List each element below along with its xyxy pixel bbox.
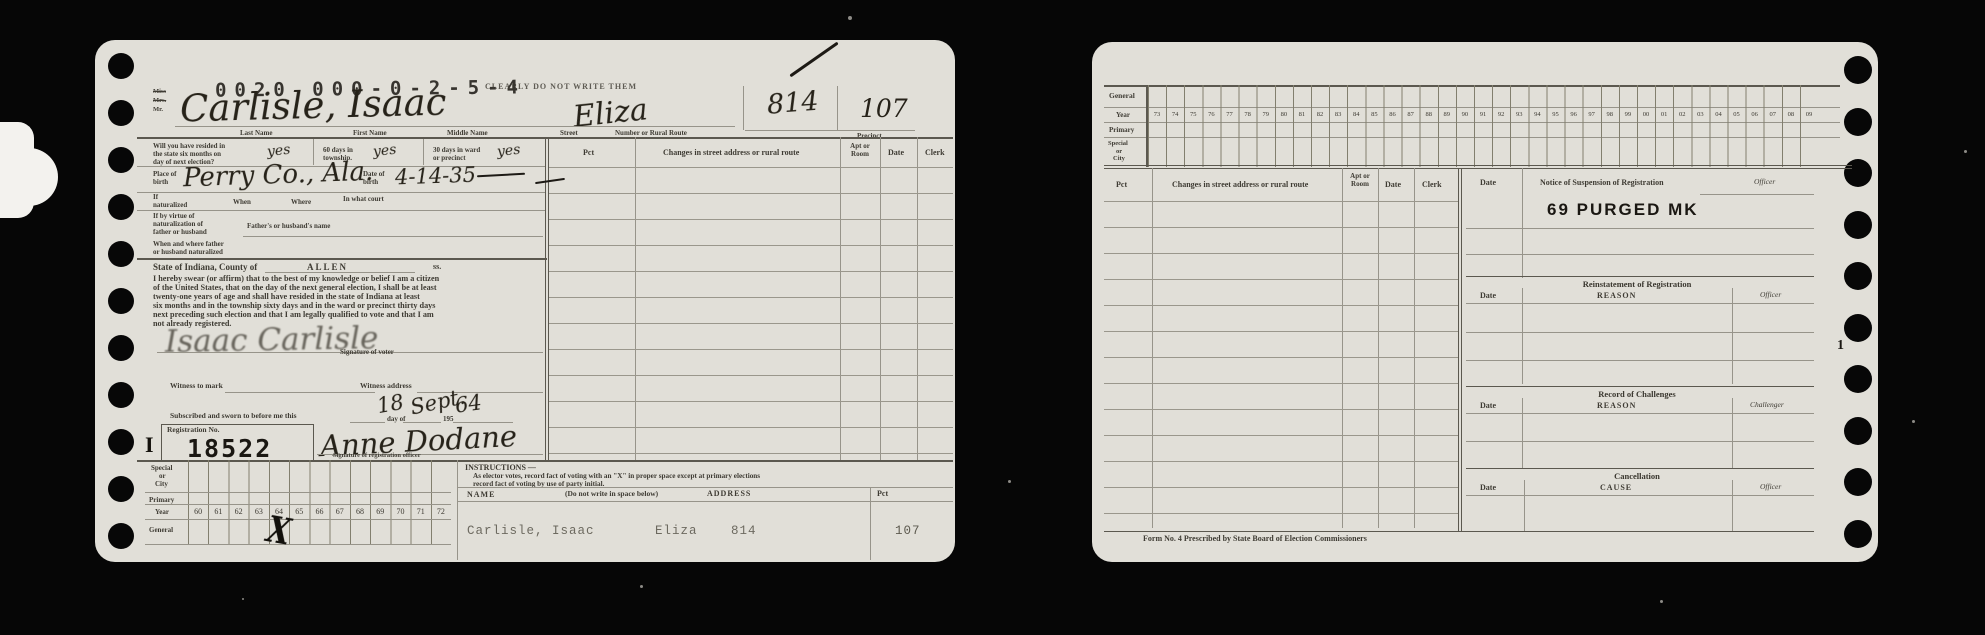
sprocket-hole	[108, 288, 134, 314]
year-cell: 63	[249, 505, 269, 519]
q-ward-line2: or precinct	[433, 154, 466, 162]
q-state-line1: Will you have resided in	[153, 142, 225, 150]
sprocket-hole	[108, 100, 134, 126]
back-special-label3: City	[1113, 155, 1125, 163]
dust-speck	[848, 16, 852, 20]
record-typed-number: 814	[731, 524, 757, 538]
sprocket-hole	[1844, 262, 1872, 290]
year-cell: 86	[1383, 107, 1401, 122]
suspension-header: Notice of Suspension of Registration	[1540, 178, 1664, 187]
year-cell: 68	[350, 505, 370, 519]
dust-speck	[640, 585, 643, 588]
record-name-header: NAME	[467, 490, 495, 499]
year-cell: 06	[1746, 107, 1764, 122]
back-date2-header: Date	[1480, 178, 1496, 187]
year-cell: 88	[1420, 107, 1438, 122]
sprocket-holes-right	[1844, 56, 1872, 548]
q-ward-answer-script: yes	[496, 142, 521, 160]
label-last-name: Last Name	[240, 129, 272, 137]
year-cell: 84	[1347, 107, 1365, 122]
cancellation-cause-header: CAUSE	[1600, 483, 1632, 492]
when-where-naturalized-label2: or husband naturalized	[153, 248, 223, 256]
label-first-name: First Name	[353, 129, 387, 137]
year-cell: 67	[330, 505, 350, 519]
dust-speck	[242, 598, 244, 600]
dust-speck	[1660, 600, 1663, 603]
sprocket-hole	[108, 194, 134, 220]
place-of-birth-script: Perry Co., Ala.	[183, 157, 374, 194]
sprocket-hole	[108, 476, 134, 502]
title-prefix-miss: Miss	[153, 88, 166, 96]
vote-grid-years: 60616263646566676869707172	[188, 505, 451, 519]
year-cell: 60	[188, 505, 208, 519]
date-of-birth-label1: Date of	[363, 170, 385, 178]
pen-slash-mark	[789, 42, 838, 78]
year-cell: 89	[1438, 107, 1456, 122]
label-number-or-rural-route: Number or Rural Route	[615, 129, 687, 137]
ss-label: ss.	[433, 262, 441, 271]
q-state-answer-script: yes	[266, 142, 291, 160]
father-husband-name-label: Father's or husband's name	[247, 222, 330, 230]
sprocket-hole	[1844, 159, 1872, 187]
back-grid-years: 7374757677787980818283848586878889909192…	[1148, 107, 1818, 122]
house-number-script: 814	[766, 86, 820, 121]
cancellation-date-header: Date	[1480, 483, 1496, 492]
year-cell: 92	[1492, 107, 1510, 122]
year-cell: 97	[1583, 107, 1601, 122]
year-cell: 87	[1402, 107, 1420, 122]
year-cell: 08	[1782, 107, 1800, 122]
year-cell: 03	[1691, 107, 1709, 122]
year-cell: 04	[1709, 107, 1727, 122]
sprocket-holes-left	[108, 53, 134, 549]
year-cell: 78	[1239, 107, 1257, 122]
year-cell: 09	[1800, 107, 1818, 122]
film-index-mark: I	[145, 432, 154, 458]
record-typed-name: Carlisle, Isaac	[467, 524, 595, 538]
title-prefix-mrs: Mrs.	[153, 97, 166, 105]
sprocket-hole	[108, 147, 134, 173]
by-virtue-label3: father or husband	[153, 228, 207, 236]
record-typed-street: Eliza	[655, 524, 698, 538]
year-cell: 75	[1184, 107, 1202, 122]
pen-dash-mark	[477, 173, 525, 178]
place-of-birth-label1: Place of	[153, 170, 177, 178]
grid-primary-label: Primary	[149, 496, 174, 504]
year-cell: 90	[1456, 107, 1474, 122]
year-cell: 82	[1311, 107, 1329, 122]
reinstatement-reason-header: REASON	[1597, 291, 1636, 300]
dust-speck	[1964, 150, 1967, 153]
back-general-label: General	[1109, 92, 1135, 101]
cancellation-officer-header: Officer	[1760, 483, 1781, 492]
year-cell: 69	[370, 505, 390, 519]
year-cell: 62	[228, 505, 248, 519]
sprocket-hole	[108, 241, 134, 267]
year-cell: 05	[1728, 107, 1746, 122]
reinstatement-date-header: Date	[1480, 291, 1496, 300]
year-cell: 76	[1202, 107, 1220, 122]
cancellation-title: Cancellation	[1522, 471, 1752, 481]
sprocket-hole	[108, 53, 134, 79]
year-cell: 93	[1510, 107, 1528, 122]
back-special-label1: Special	[1108, 140, 1128, 148]
date-of-birth-label2: birth	[363, 178, 378, 186]
witness-address-label: Witness address	[360, 382, 412, 391]
year-cell: 07	[1764, 107, 1782, 122]
sprocket-hole	[108, 382, 134, 408]
record-pct-header: Pct	[877, 489, 888, 498]
vote-grid-columns	[188, 460, 451, 545]
label-street: Street	[560, 129, 578, 137]
grid-special-label3: City	[155, 480, 168, 488]
film-index-mark-right: 1	[1837, 338, 1844, 354]
film-edge-artifact-bump	[0, 148, 58, 206]
voter-name-script: Carlisle, Isaac	[179, 81, 446, 131]
sprocket-hole	[108, 523, 134, 549]
q-township-answer-script: yes	[372, 142, 397, 160]
grid-special-label2: or	[159, 472, 166, 480]
year-cell: 79	[1257, 107, 1275, 122]
sprocket-hole	[1844, 417, 1872, 445]
changes-ruled-rows	[549, 142, 953, 460]
sprocket-hole	[1844, 108, 1872, 136]
q-state-line2: the state six months on	[153, 150, 221, 158]
year-cell: 83	[1329, 107, 1347, 122]
sprocket-hole	[108, 429, 134, 455]
sprocket-hole	[1844, 56, 1872, 84]
year-cell: 02	[1673, 107, 1691, 122]
year-cell: 94	[1528, 107, 1546, 122]
year-cell: 00	[1637, 107, 1655, 122]
grid-year-label: Year	[155, 508, 169, 516]
if-naturalized-label1: If	[153, 193, 158, 201]
sprocket-hole	[1844, 211, 1872, 239]
label-middle-name: Middle Name	[447, 129, 488, 137]
record-do-not-write-header: (Do not write in space below)	[565, 490, 658, 499]
registration-no-stamp: 18522	[187, 434, 272, 463]
q-township-line1: 60 days in	[323, 146, 353, 154]
grid-special-label1: Special	[151, 464, 172, 472]
year-cell: 71	[411, 505, 431, 519]
title-prefix-mr: Mr.	[153, 106, 163, 114]
if-naturalized-label2: naturalized	[153, 201, 187, 209]
date-of-birth-script: 4-14-35	[395, 163, 477, 190]
dust-speck	[1008, 480, 1011, 483]
place-of-birth-label2: birth	[153, 178, 168, 186]
year-cell: 96	[1565, 107, 1583, 122]
record-typed-pct: 107	[895, 524, 921, 538]
state-county-line: State of Indiana, County of	[153, 262, 257, 273]
challenges-date-header: Date	[1480, 401, 1496, 410]
record-address-header: ADDRESS	[707, 489, 751, 498]
year-cell: 80	[1275, 107, 1293, 122]
by-virtue-label1: If by virtue of	[153, 212, 194, 220]
sprocket-hole	[1844, 520, 1872, 548]
when-where-naturalized-label1: When and where father	[153, 240, 224, 248]
year-cell: 01	[1655, 107, 1673, 122]
back-ruled-rows	[1104, 176, 1458, 528]
back-primary-label: Primary	[1109, 126, 1134, 134]
year-cell: 61	[208, 505, 228, 519]
sprocket-hole	[1844, 314, 1872, 342]
form-number-footer: Form No. 4 Prescribed by State Board of …	[1143, 534, 1367, 543]
year-cell: 98	[1601, 107, 1619, 122]
by-virtue-label2: naturalization of	[153, 220, 203, 228]
sprocket-hole	[1844, 468, 1872, 496]
year-cell: 74	[1166, 107, 1184, 122]
reinstatement-officer-header: Officer	[1760, 291, 1781, 300]
subscribed-text: Subscribed and sworn to before me this	[170, 412, 297, 421]
challenges-challenger-header: Challenger	[1750, 401, 1784, 410]
purged-stamp: 69 PURGED MK	[1547, 200, 1699, 220]
sprocket-hole	[1844, 365, 1872, 393]
sprocket-hole	[108, 335, 134, 361]
year-script: 64	[453, 390, 483, 417]
do-not-write-notice: CLEARLY DO NOT WRITE THEM	[485, 82, 637, 91]
year-cell: 73	[1148, 107, 1166, 122]
challenges-title: Record of Challenges	[1522, 389, 1752, 399]
dust-speck	[1912, 420, 1915, 423]
year-cell: 99	[1619, 107, 1637, 122]
when-label: When	[233, 198, 251, 206]
year-cell: 77	[1220, 107, 1238, 122]
microfilm-scan: { "scan": { "index_mark_left": "I", "ind…	[0, 0, 1985, 635]
year-cell: 95	[1546, 107, 1564, 122]
reinstatement-title: Reinstatement of Registration	[1522, 279, 1752, 289]
year-cell: 81	[1293, 107, 1311, 122]
precinct-number-script: 107	[860, 94, 908, 123]
registration-card-front: 0020 000-0-2-5-4 CLEARLY DO NOT WRITE TH…	[95, 40, 955, 562]
year-cell: 85	[1365, 107, 1383, 122]
year-cell: 72	[431, 505, 451, 519]
year-cell: 91	[1474, 107, 1492, 122]
year-cell: 66	[309, 505, 329, 519]
signature-of-voter-label: Signature of voter	[340, 348, 394, 356]
q-ward-line1: 30 days in ward	[433, 146, 480, 154]
where-label: Where	[291, 198, 311, 206]
witness-to-mark-label: Witness to mark	[170, 382, 223, 391]
year-cell: 70	[390, 505, 410, 519]
grid-general-label: General	[149, 526, 173, 534]
suspension-officer-header: Officer	[1754, 178, 1775, 187]
in-what-court-label: In what court	[343, 195, 384, 203]
back-grid-columns	[1148, 85, 1818, 167]
registration-card-back: General Year Primary Special or City 737…	[1092, 42, 1878, 562]
signature-of-officer-label: Signature of registration officer	[333, 452, 421, 460]
day-script: 18	[375, 390, 405, 418]
back-year-label: Year	[1116, 111, 1130, 119]
challenges-reason-header: REASON	[1597, 401, 1636, 410]
